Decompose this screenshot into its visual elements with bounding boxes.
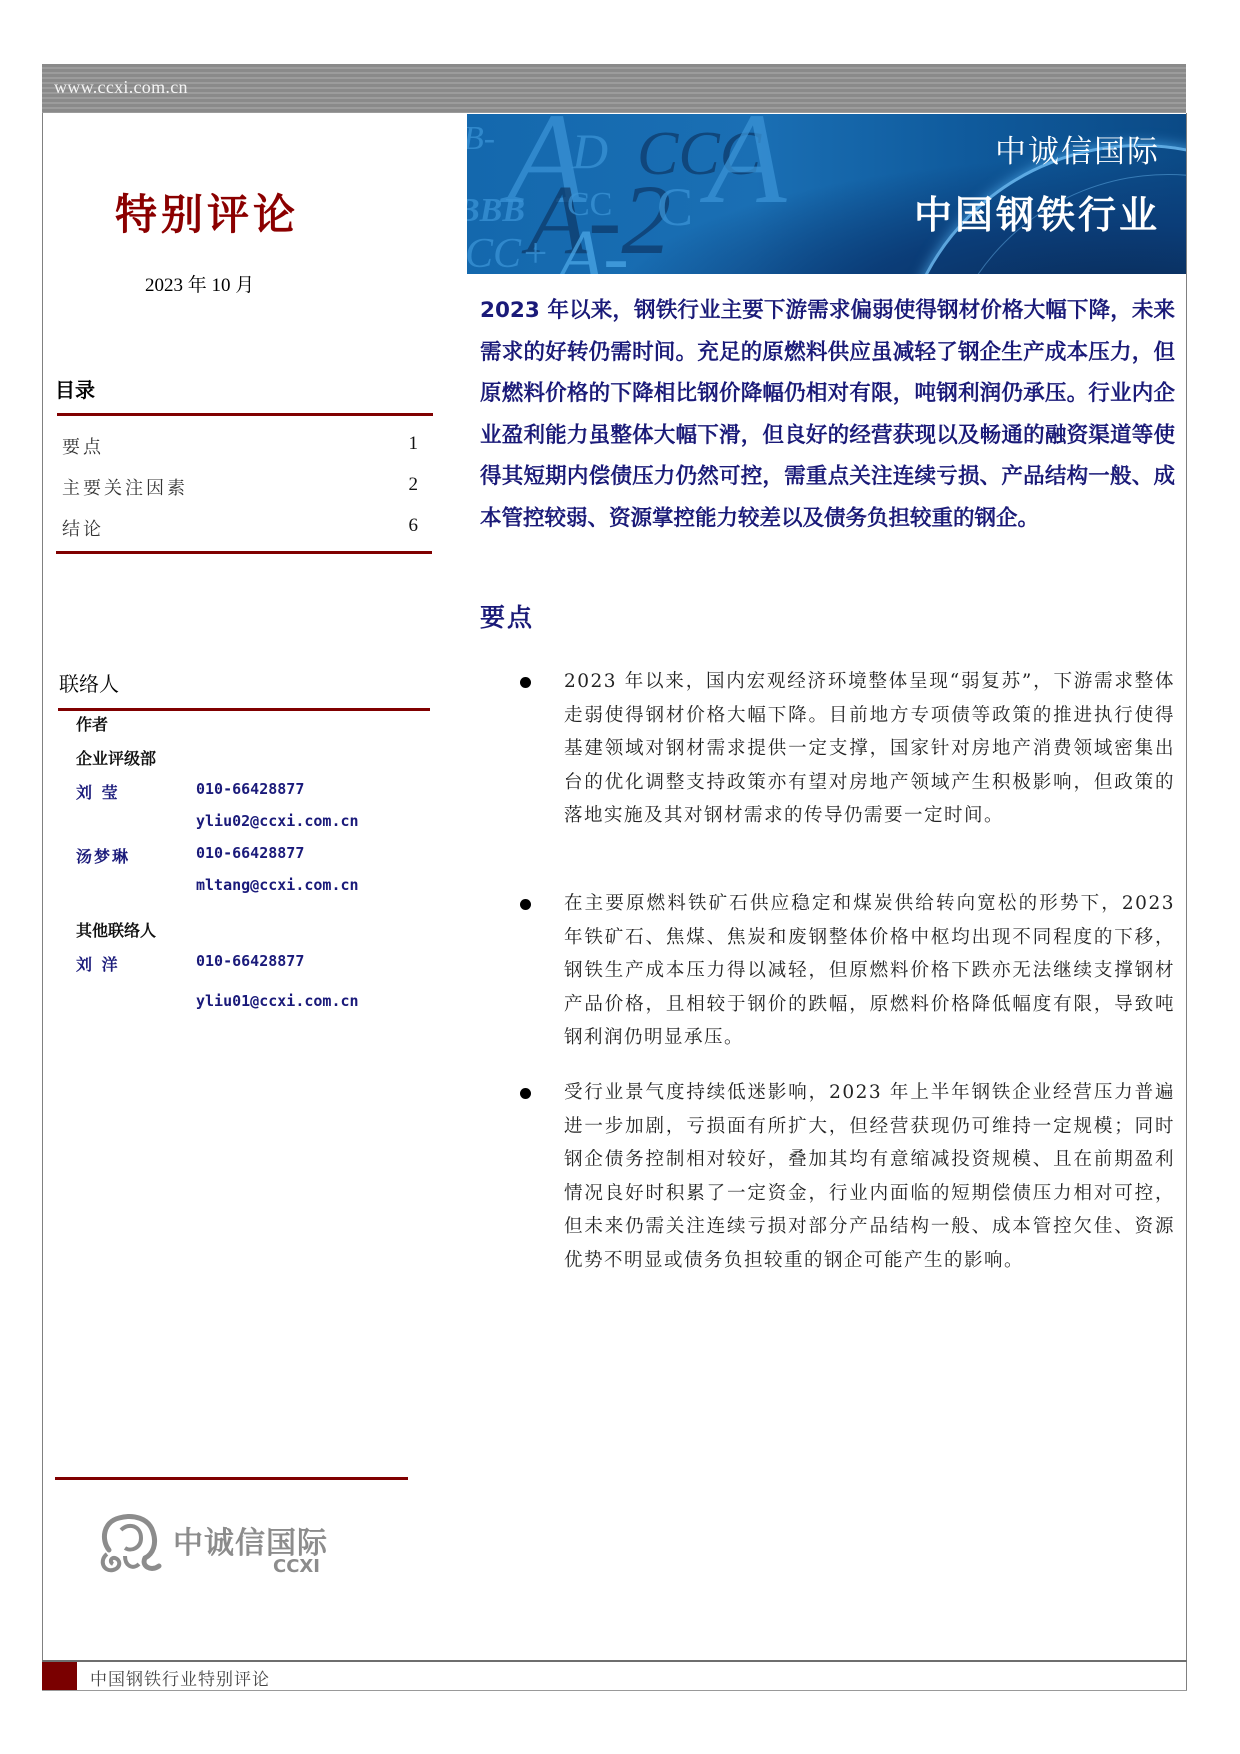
contact-name: 刘 莹 xyxy=(76,780,196,812)
contact-phone[interactable]: 010-66428877 xyxy=(196,780,304,812)
left-frame-line xyxy=(42,113,43,1660)
banner-glyph: BBB xyxy=(467,192,525,230)
contacts-divider xyxy=(58,708,430,711)
right-frame-line xyxy=(1186,113,1187,1690)
footer-accent-block xyxy=(42,1662,77,1690)
department-label: 企业评级部 xyxy=(76,746,416,780)
toc-item-main-factors[interactable]: 主要关注因素 2 xyxy=(62,474,418,515)
banner-glyph: CC+ xyxy=(467,230,549,274)
footer-bottom-line xyxy=(42,1690,1187,1691)
bullet-icon xyxy=(520,665,564,833)
key-point-item: 受行业景气度持续低迷影响，2023 年上半年钢铁企业经营压力普遍进一步加剧，亏损… xyxy=(520,1076,1175,1277)
contacts-list: 作者 企业评级部 刘 莹 010-66428877 yliu02@ccxi.co… xyxy=(76,712,416,1024)
toc-item-page: 6 xyxy=(409,515,419,556)
banner-glyph: B- xyxy=(467,120,495,158)
footer-divider xyxy=(42,1660,1187,1662)
authors-label: 作者 xyxy=(76,712,416,746)
report-date: 2023 年 10 月 xyxy=(145,270,254,297)
toc-item-page: 2 xyxy=(409,474,419,515)
toc-item-label: 主要关注因素 xyxy=(62,474,188,515)
toc-item-conclusion[interactable]: 结论 6 xyxy=(62,515,418,556)
banner-industry: 中国钢铁行业 xyxy=(914,184,1160,239)
contact-email[interactable]: yliu02@ccxi.com.cn xyxy=(196,812,359,844)
contact-row: yliu01@ccxi.com.cn xyxy=(76,992,416,1024)
toc-top-divider xyxy=(57,413,433,416)
key-points-title: 要点 xyxy=(480,598,534,634)
contact-row: 刘 莹 010-66428877 xyxy=(76,780,416,812)
other-contacts-label: 其他联络人 xyxy=(76,918,416,952)
contact-email[interactable]: yliu01@ccxi.com.cn xyxy=(196,992,359,1024)
footer-title: 中国钢铁行业特别评论 xyxy=(90,1665,270,1690)
bullet-icon xyxy=(520,1076,564,1277)
toc-item-label: 要点 xyxy=(62,433,104,474)
header-bar: www.ccxi.com.cn xyxy=(42,64,1186,113)
banner-glyph: A- xyxy=(557,214,629,274)
executive-summary: 2023 年以来，钢铁行业主要下游需求偏弱使得钢材价格大幅下降，未来需求的好转仍… xyxy=(480,290,1175,539)
key-point-text: 2023 年以来，国内宏观经济环境整体呈现“弱复苏”，下游需求整体走弱使得钢材价… xyxy=(564,665,1175,833)
logo-divider xyxy=(55,1477,408,1480)
banner-brand: 中诚信国际 xyxy=(995,126,1160,171)
contact-email[interactable]: mltang@ccxi.com.cn xyxy=(196,876,359,908)
ccxi-logo: 中诚信国际 CCXI xyxy=(95,1510,345,1590)
toc-bottom-divider xyxy=(56,551,432,554)
contact-name: 刘 洋 xyxy=(76,952,196,992)
contact-name: 汤梦琳 xyxy=(76,844,196,876)
contact-row: 汤梦琳 010-66428877 xyxy=(76,844,416,876)
site-url[interactable]: www.ccxi.com.cn xyxy=(54,77,188,98)
toc-item-label: 结论 xyxy=(62,515,104,556)
banner-glyph: C xyxy=(657,176,693,238)
bullet-icon xyxy=(520,887,564,1055)
key-point-item: 在主要原燃料铁矿石供应稳定和煤炭供给转向宽松的形势下，2023 年铁矿石、焦煤、… xyxy=(520,887,1175,1055)
contact-phone[interactable]: 010-66428877 xyxy=(196,844,304,876)
banner-glyph: A xyxy=(707,114,786,234)
toc-item-key-points[interactable]: 要点 1 xyxy=(62,433,418,474)
contact-row: mltang@ccxi.com.cn xyxy=(76,876,416,908)
contacts-title: 联络人 xyxy=(59,668,119,697)
report-type-title: 特别评论 xyxy=(115,182,299,242)
toc-title: 目录 xyxy=(55,374,95,403)
elephant-logo-icon xyxy=(95,1510,175,1580)
key-point-item: 2023 年以来，国内宏观经济环境整体呈现“弱复苏”，下游需求整体走弱使得钢材价… xyxy=(520,665,1175,833)
logo-name-en: CCXI xyxy=(273,1556,320,1577)
toc-item-page: 1 xyxy=(409,433,419,474)
key-point-text: 受行业景气度持续低迷影响，2023 年上半年钢铁企业经营压力普遍进一步加剧，亏损… xyxy=(564,1076,1175,1277)
contact-phone[interactable]: 010-66428877 xyxy=(196,952,304,992)
contact-row: 刘 洋 010-66428877 xyxy=(76,952,416,992)
key-point-text: 在主要原燃料铁矿石供应稳定和煤炭供给转向宽松的形势下，2023 年铁矿石、焦煤、… xyxy=(564,887,1175,1055)
cover-banner: B- A D CCC A BBB A-2 CC C CC+ A- 中诚信国际 中… xyxy=(467,114,1186,274)
table-of-contents: 要点 1 主要关注因素 2 结论 6 xyxy=(62,433,418,556)
contact-row: yliu02@ccxi.com.cn xyxy=(76,812,416,844)
